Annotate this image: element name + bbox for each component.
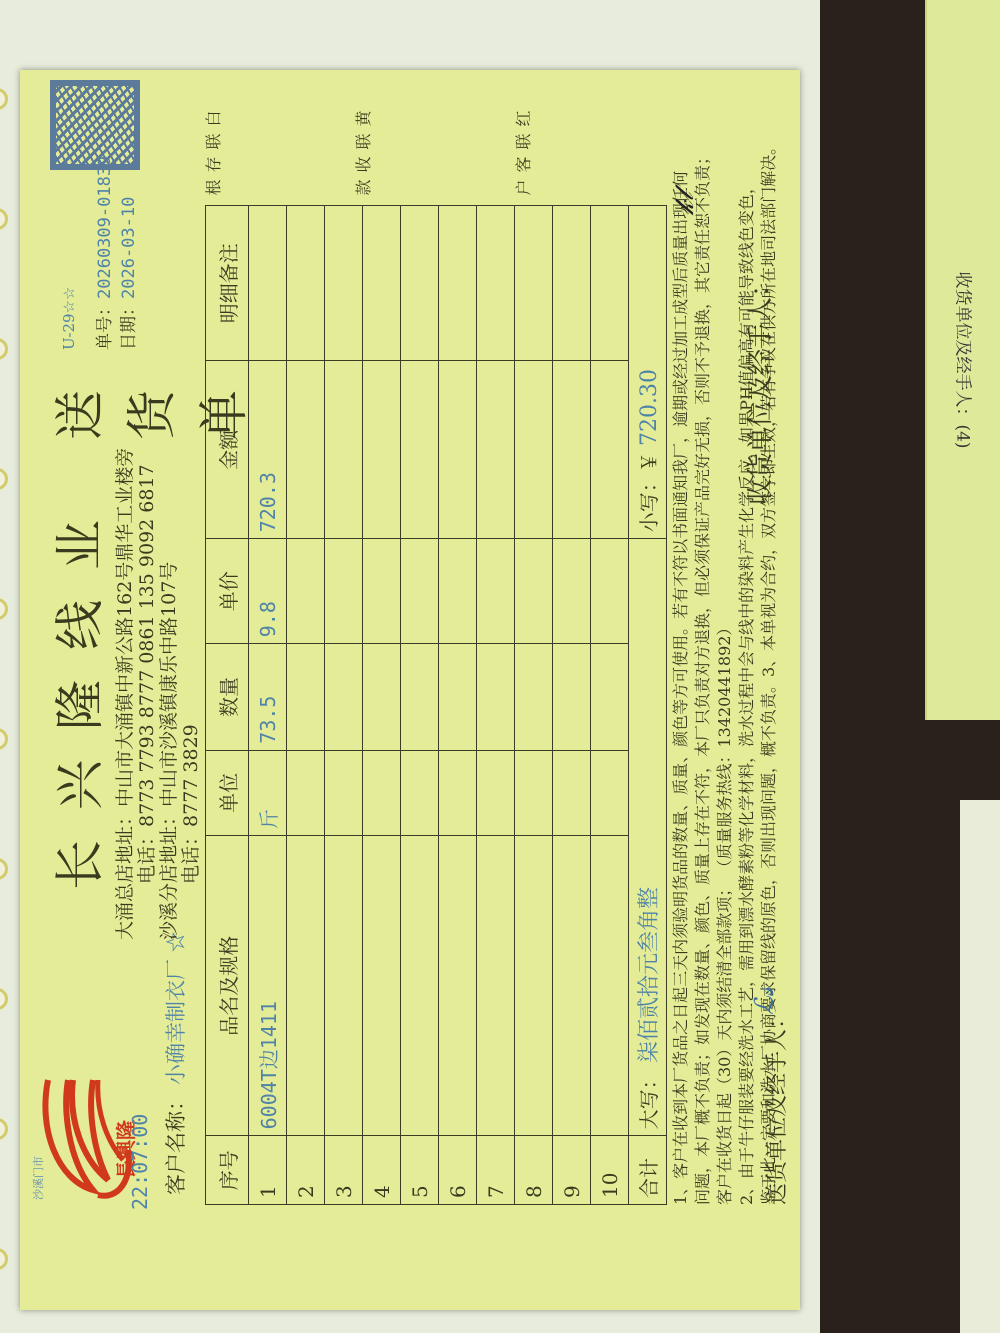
row-quantity (401, 644, 439, 750)
logo-branch-text: 沙溪门市 (30, 1156, 46, 1200)
table-row: 5 (401, 206, 439, 1205)
header-notes: 明细备注 (206, 206, 249, 361)
receiver-signature-label: 收货单位及经手人： (740, 271, 777, 505)
row-index: 1 (249, 1136, 287, 1205)
copy-label-red: 红联客户 (515, 108, 535, 200)
total-in-figures: 小写：￥ 720.30 (629, 206, 667, 539)
terms-line: 1、客户在收到本厂货品之日起三天内须验明货品的数量、质量、颜色等方可使用。若有不… (670, 105, 692, 1205)
row-quantity (515, 644, 553, 750)
total-figures-value: 720.30 (637, 369, 662, 446)
row-amount (325, 361, 363, 539)
table-row: 3 (325, 206, 363, 1205)
adjacent-receipt: 收货单位及经手人：(4) (925, 0, 1000, 720)
row-index: 5 (401, 1136, 439, 1205)
total-words-value: 柒佰贰拾元叁角整 (637, 887, 662, 1063)
table-row: 6 (439, 206, 477, 1205)
table-header-row: 序号 品名及规格 单位 数量 单价 金额 明细备注 (206, 206, 249, 1205)
row-quantity: 73.5 (249, 644, 287, 750)
total-figures-label: 小写：￥ (637, 452, 661, 532)
row-note (249, 206, 287, 361)
row-product (401, 836, 439, 1136)
terms-line: 客户在收货日起（30）天内须结清全部款项； （质量服务热线：1342044189… (714, 105, 736, 1205)
row-index: 9 (553, 1136, 591, 1205)
row-unit (515, 750, 553, 835)
order-date-label: 日期： (119, 299, 139, 350)
qr-code-icon (50, 80, 140, 170)
row-amount (439, 361, 477, 539)
row-unit-price: 9.8 (249, 539, 287, 644)
branch-phone: 电话：8777 3829 (176, 724, 203, 884)
items-table: 序号 品名及规格 单位 数量 单价 金额 明细备注 1 6004T边1411 斤… (205, 205, 667, 1205)
row-product (477, 836, 515, 1136)
table-row: 9 (553, 206, 591, 1205)
row-index: 7 (477, 1136, 515, 1205)
row-quantity (591, 644, 629, 750)
order-date: 日期：2026-03-10 (114, 197, 139, 350)
row-quantity (363, 644, 401, 750)
row-product (553, 836, 591, 1136)
row-unit: 斤 (249, 750, 287, 835)
print-time: 22:07:00 (128, 1114, 152, 1210)
row-product (591, 836, 629, 1136)
sender-signature-scribble: ℒ𝓈 (750, 987, 781, 1015)
sender-signature-label: 送货单位及经手人： (760, 1007, 791, 1205)
order-date-value: 2026-03-10 (119, 197, 139, 299)
header-product: 品名及规格 (206, 836, 249, 1136)
header: 长兴隆线业 送货单 大涌总店地址：中山市大涌镇中新公路162号鼎华工业楼旁 电话… (40, 360, 190, 1060)
row-quantity (287, 644, 325, 750)
row-note (439, 206, 477, 361)
row-quantity (477, 644, 515, 750)
company-name: 长兴隆线业 (40, 490, 112, 890)
row-index: 2 (287, 1136, 325, 1205)
row-unit (401, 750, 439, 835)
total-in-words: 大写： 柒佰贰拾元叁角整 (629, 539, 667, 1136)
row-product (515, 836, 553, 1136)
table-row: 7 (477, 206, 515, 1205)
row-unit-price (401, 539, 439, 644)
header-unit: 单位 (206, 750, 249, 835)
row-amount (363, 361, 401, 539)
row-note (287, 206, 325, 361)
row-unit (439, 750, 477, 835)
header-index: 序号 (206, 1136, 249, 1205)
row-amount: 720.3 (249, 361, 287, 539)
total-row: 合计 大写： 柒佰贰拾元叁角整 小写：￥ 720.30 (629, 206, 667, 1205)
row-note (477, 206, 515, 361)
branch-phone-label: 电话： (180, 827, 202, 884)
terms-line: 问题，本厂概不负责；如发现在数量、颜色、质量上存在不符，本厂只负责对方退换，但必… (692, 105, 714, 1205)
row-amount (287, 361, 325, 539)
row-index: 10 (591, 1136, 629, 1205)
row-index: 6 (439, 1136, 477, 1205)
adjacent-receipt-signer: 收货单位及经手人：(4) (952, 271, 977, 448)
row-note (325, 206, 363, 361)
order-number-label: 单号： (95, 299, 115, 350)
copy-label-yellow: 黄联收款 (355, 108, 375, 200)
row-index: 8 (515, 1136, 553, 1205)
row-index: 3 (325, 1136, 363, 1205)
total-label: 合计 (629, 1136, 667, 1205)
row-index: 4 (363, 1136, 401, 1205)
order-number: 单号：20260309-01839 (90, 156, 115, 350)
table-row: 10 (591, 206, 629, 1205)
table-row: 4 (363, 206, 401, 1205)
row-note (515, 206, 553, 361)
row-unit-price (287, 539, 325, 644)
row-amount (591, 361, 629, 539)
row-unit (553, 750, 591, 835)
order-number-value: 20260309-01839 (95, 156, 115, 299)
customer-label: 客户名称： (160, 1090, 190, 1195)
total-words-label: 大写： (637, 1069, 661, 1129)
delivery-note-photo: 沙溪门市 長興隆 22:07:00 客户名称： 小确幸制衣厂 ☆ 长兴隆线业 送… (20, 70, 820, 1310)
branch-phone-value: 8777 3829 (180, 724, 202, 827)
row-unit (287, 750, 325, 835)
header-unit-price: 单价 (206, 539, 249, 644)
row-note (363, 206, 401, 361)
row-unit-price (477, 539, 515, 644)
header-amount: 金额 (206, 361, 249, 539)
table-row: 1 6004T边1411 斤 73.5 9.8 720.3 (249, 206, 287, 1205)
row-product (325, 836, 363, 1136)
receiver-signature-scribble: 𝓀𝓁 (670, 192, 701, 215)
row-unit-price (363, 539, 401, 644)
row-quantity (553, 644, 591, 750)
row-quantity (439, 644, 477, 750)
copy-label-white: 白联存根 (205, 108, 225, 200)
row-unit (591, 750, 629, 835)
table-row: 2 (287, 206, 325, 1205)
row-note (591, 206, 629, 361)
row-unit (477, 750, 515, 835)
row-amount (515, 361, 553, 539)
row-unit-price (553, 539, 591, 644)
row-amount (553, 361, 591, 539)
row-product (287, 836, 325, 1136)
row-product (439, 836, 477, 1136)
adjacent-paper (960, 800, 1000, 1333)
header-quantity: 数量 (206, 644, 249, 750)
row-product (363, 836, 401, 1136)
customer-code: U-29☆☆ (60, 287, 78, 350)
row-unit (363, 750, 401, 835)
row-product: 6004T边1411 (249, 836, 287, 1136)
row-unit-price (591, 539, 629, 644)
row-unit-price (325, 539, 363, 644)
row-amount (401, 361, 439, 539)
tractor-feed-holes (0, 70, 16, 1310)
row-unit (325, 750, 363, 835)
row-unit-price (439, 539, 477, 644)
table-row: 8 (515, 206, 553, 1205)
row-quantity (325, 644, 363, 750)
row-note (401, 206, 439, 361)
delivery-note: 沙溪门市 長興隆 22:07:00 客户名称： 小确幸制衣厂 ☆ 长兴隆线业 送… (20, 70, 800, 1310)
row-unit-price (515, 539, 553, 644)
row-amount (477, 361, 515, 539)
row-note (553, 206, 591, 361)
